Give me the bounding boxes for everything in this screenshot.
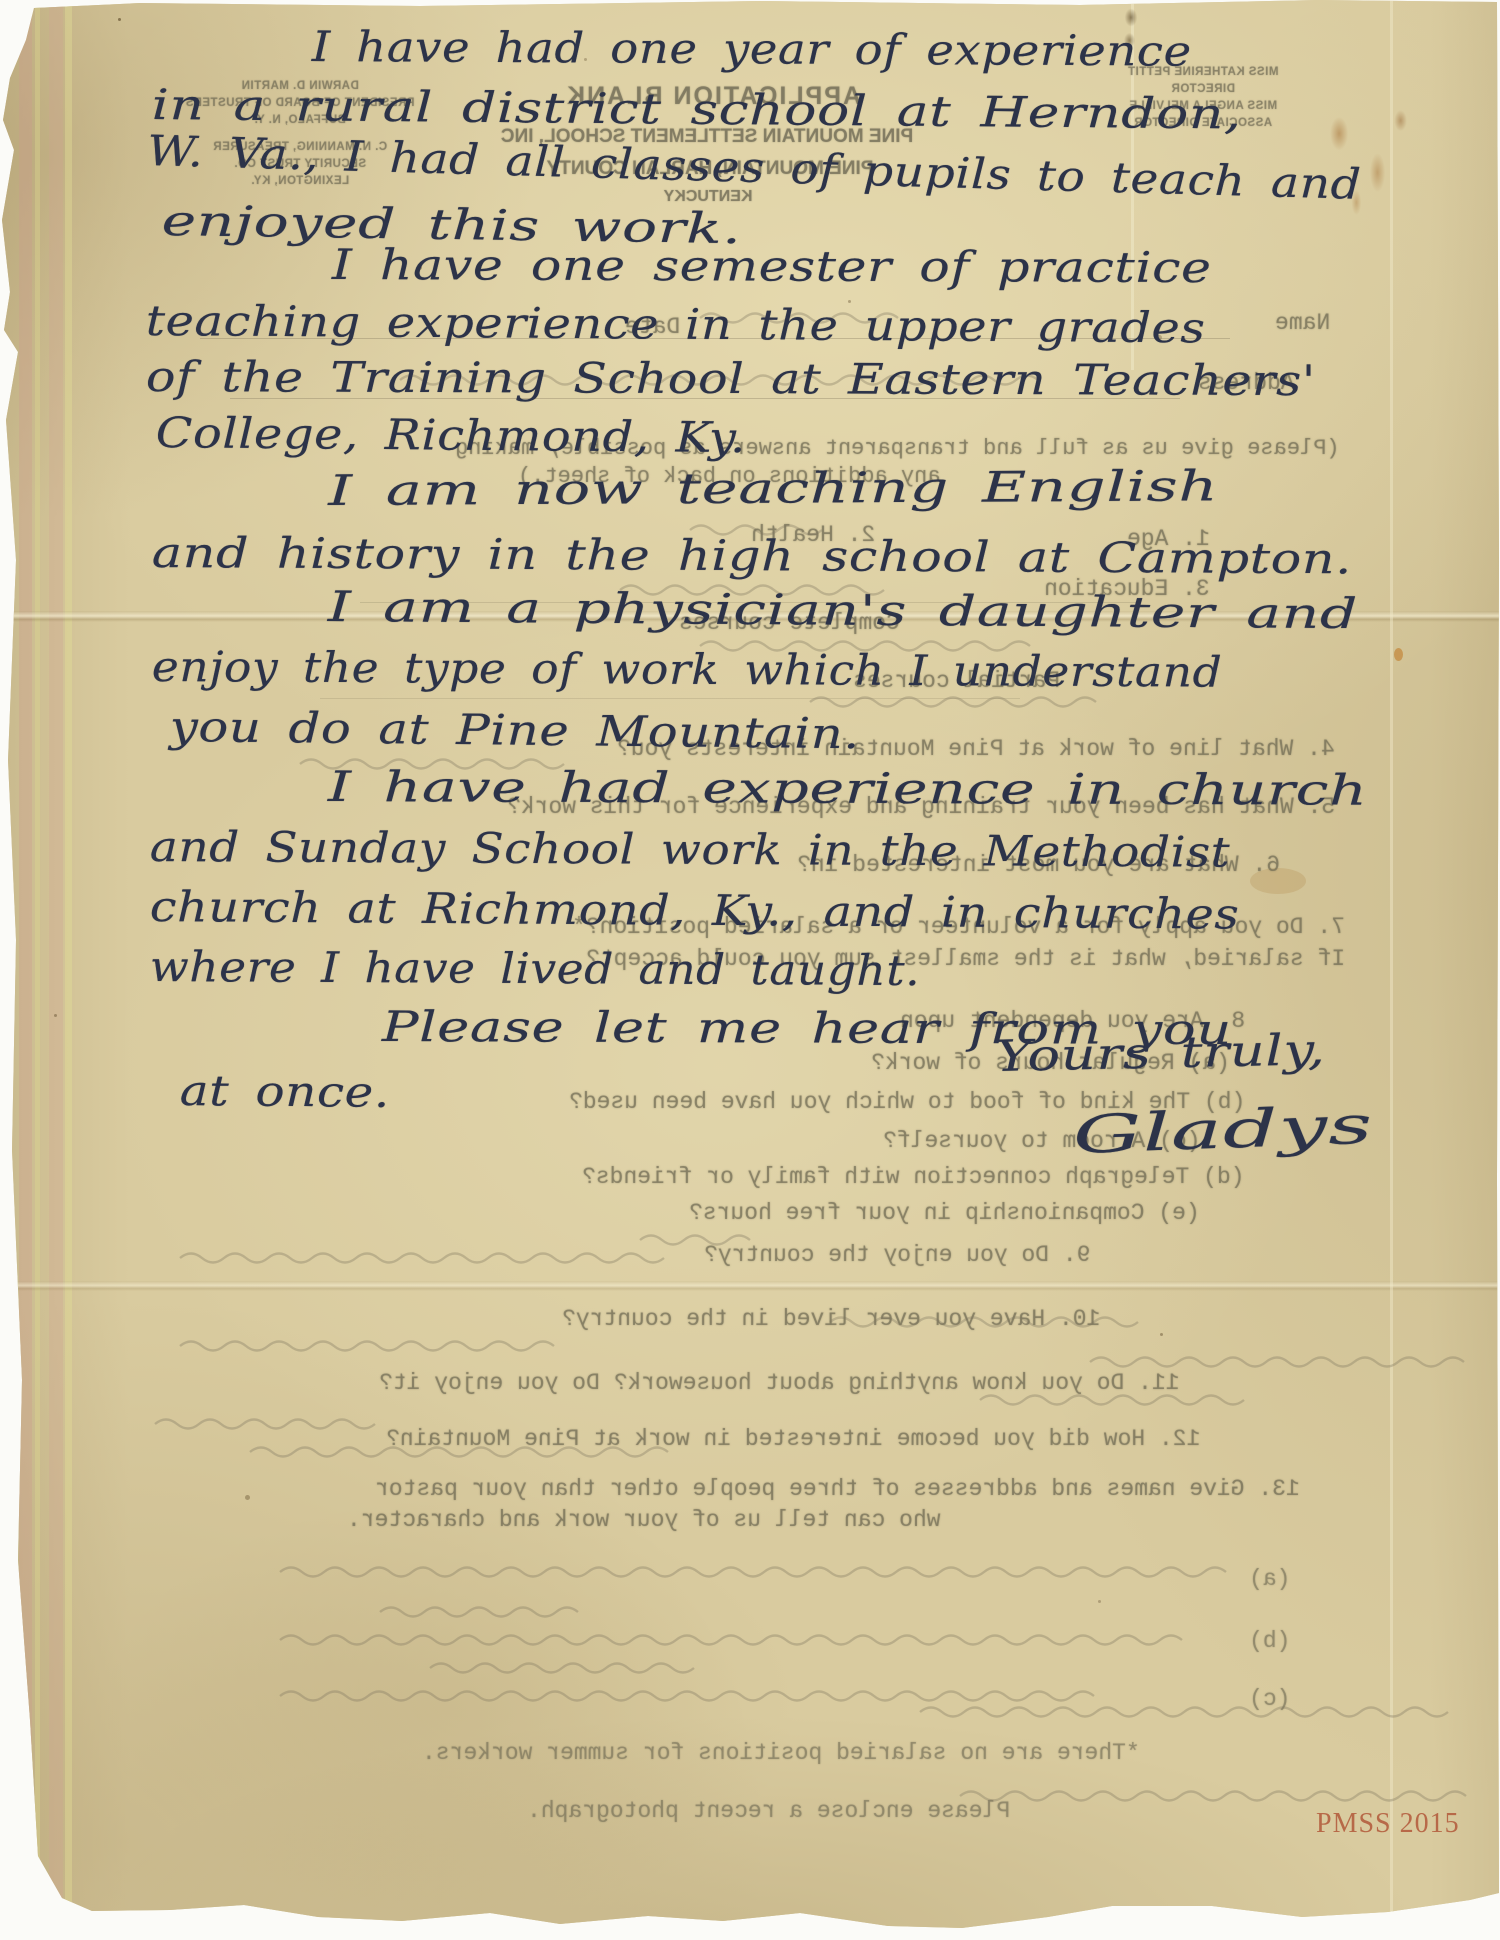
handwritten-line: church at Richmond, Ky., and in churches [150, 882, 1240, 939]
bleed-handwriting-mark [155, 1420, 375, 1429]
handwritten-line: I have had experience in church [328, 762, 1368, 815]
scan-background: DARWIN D. MARTINPRESIDENT OF BOARD OF TR… [0, 0, 1500, 1940]
bleed-handwriting-mark [280, 1636, 1182, 1645]
bleed-handwriting-mark [180, 1254, 664, 1263]
handwritten-line: I have one semester of practice [332, 240, 1212, 292]
handwritten-line: teaching experience in the upper grades [146, 296, 1206, 352]
bleed-handwriting-mark [830, 1318, 1138, 1327]
handwritten-line: you do at Pine Mountain. [169, 702, 860, 758]
paper: DARWIN D. MARTINPRESIDENT OF BOARD OF TR… [0, 0, 1500, 1940]
handwritten-line: of the Training School at Eastern Teache… [146, 352, 1316, 405]
bleed-handwriting-mark [280, 1568, 1226, 1577]
signature: Gladys [1072, 1096, 1374, 1166]
handwritten-line: I have had one year of experience [312, 22, 1192, 76]
handwritten-line: Please let me hear from you [382, 1002, 1232, 1054]
handwritten-line: where I have lived and taught. [150, 942, 921, 995]
handwritten-line: I am a physician's daughter and [328, 582, 1359, 638]
bleed-handwriting-mark [810, 698, 1096, 707]
bleed-handwriting-mark [920, 1708, 1448, 1717]
bleed-handwriting-mark [380, 1608, 578, 1617]
bleed-handwriting-mark [430, 1664, 694, 1673]
bleed-handwriting-mark [640, 1236, 750, 1245]
bleed-handwriting-mark [280, 1692, 1094, 1701]
watermark: PMSS 2015 [1316, 1808, 1460, 1840]
handwritten-line: I am now teaching English [328, 461, 1218, 515]
bleed-handwriting-mark [1090, 1358, 1464, 1367]
bleed-handwriting-mark [960, 1792, 1466, 1801]
handwritten-line: and history in the high school at Campto… [152, 528, 1352, 583]
bleed-handwriting-mark [180, 1342, 554, 1351]
bleed-handwriting-mark [250, 1448, 668, 1457]
handwritten-line: and Sunday School work in the Methodist [150, 822, 1231, 877]
handwritten-line: enjoy the type of work which I understan… [152, 642, 1223, 697]
handwritten-line: at once. [180, 1066, 390, 1117]
handwritten-line: College, Richmond, Ky. [156, 408, 747, 462]
bleed-handwriting-mark [980, 1396, 1244, 1405]
